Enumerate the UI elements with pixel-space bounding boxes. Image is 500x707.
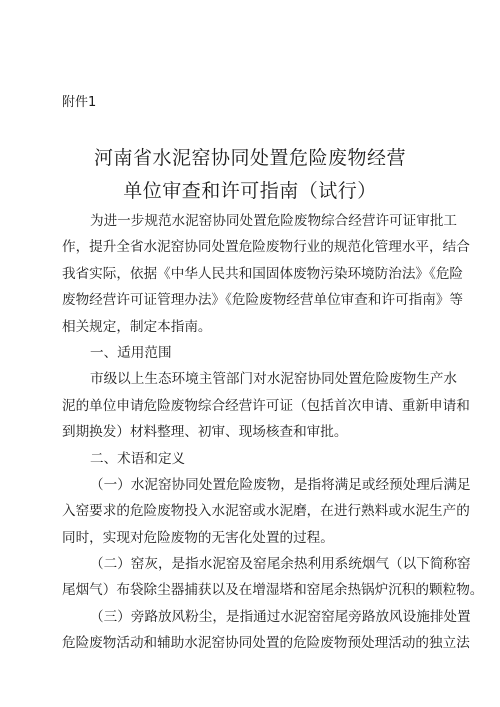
document-page: 附件1 河南省水泥窑协同处置危险废物经营 单位审查和许可指南（试行） 为进一步规… <box>0 0 500 707</box>
section-heading: 二、术语和定义 <box>62 446 440 472</box>
body-line: （二）窑灰，是指水泥窑及窑尾余热利用系统烟气（以下简称窑 <box>62 551 440 577</box>
body-line: 尾烟气）布袋除尘器捕获以及在增湿塔和窑尾余热锅炉沉积的颗粒物。 <box>62 577 440 603</box>
body-line: （三）旁路放风粉尘，是指通过水泥窑窑尾旁路放风设施排处置 <box>62 604 440 630</box>
body-line: 我省实际，依据《中华人民共和国固体废物污染环境防治法》《危险 <box>62 261 440 287</box>
body-line: 作，提升全省水泥窑协同处置危险废物行业的规范化管理水平，结合 <box>62 234 440 260</box>
document-title-line-2: 单位审查和许可指南（试行） <box>0 176 500 203</box>
body-line: 到期换发）材料整理、初审、现场核查和审批。 <box>62 419 440 445</box>
body-line: 相关规定，制定本指南。 <box>62 314 440 340</box>
body-line: 泥的单位申请危险废物综合经营许可证（包括首次申请、重新申请和 <box>62 393 440 419</box>
document-body: 为进一步规范水泥窑协同处置危险废物综合经营许可证审批工 作，提升全省水泥窑协同处… <box>62 208 440 657</box>
section-heading: 一、适用范围 <box>62 340 440 366</box>
document-title-line-1: 河南省水泥窑协同处置危险废物经营 <box>0 143 500 170</box>
body-line: （一）水泥窑协同处置危险废物，是指将满足或经预处理后满足 <box>62 472 440 498</box>
body-line: 为进一步规范水泥窑协同处置危险废物综合经营许可证审批工 <box>62 208 440 234</box>
body-line: 危险废物活动和辅助水泥窑协同处置的危险废物预处理活动的独立法 <box>62 630 440 656</box>
body-line: 入窑要求的危险废物投入水泥窑或水泥磨，在进行熟料或水泥生产的 <box>62 498 440 524</box>
body-line: 同时，实现对危险废物的无害化处置的过程。 <box>62 525 440 551</box>
attachment-label: 附件1 <box>62 91 96 110</box>
body-line: 废物经营许可证管理办法》《危险废物经营单位审查和许可指南》等 <box>62 287 440 313</box>
body-line: 市级以上生态环境主管部门对水泥窑协同处置危险废物生产水 <box>62 366 440 392</box>
